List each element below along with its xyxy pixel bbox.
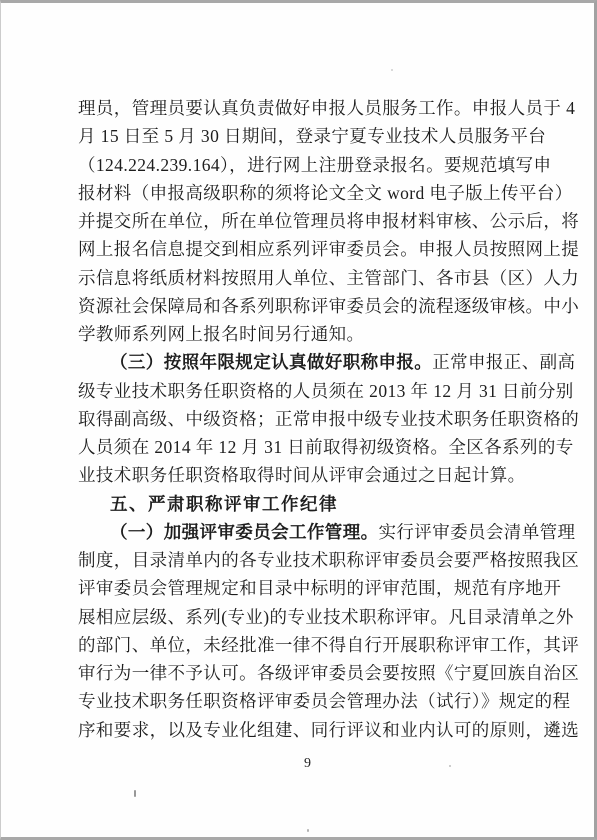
- text-line: （一）加强评审委员会工作管理。实行评审委员会清单管理: [78, 518, 537, 546]
- scan-speck: [307, 829, 309, 832]
- text-line: 网上报名信息提交到相应系列评审委员会。申报人员按照网上提: [78, 235, 537, 263]
- text-line: 审行为一律不予认可。各级评审委员会要按照《宁夏回族自治区: [78, 659, 537, 687]
- text-line: 五、严肃职称评审工作纪律: [78, 490, 537, 518]
- text-line: 示信息将纸质材料按照用人单位、主管部门、各市县（区）人力: [78, 264, 537, 292]
- text-run: 学教师系列网上报名时间另行通知。: [78, 324, 364, 344]
- text-run: 网上报名信息提交到相应系列评审委员会。申报人员按照网上提: [78, 239, 579, 259]
- text-run: 示信息将纸质材料按照用人单位、主管部门、各市县（区）人力: [78, 268, 579, 288]
- document-page: 理员，管理员要认真负责做好申报人员服务工作。申报人员于 4月 15 日至 5 月…: [0, 0, 597, 840]
- scan-speck: [391, 69, 393, 71]
- text-run: （124.224.239.164），进行网上注册登录报名。要规范填写申: [78, 155, 551, 175]
- text-run: 的部门、单位，未经批准一律不得自行开展职称评审工作，其评: [78, 635, 579, 655]
- text-line: （三）按照年限规定认真做好职称申报。正常申报正、副高: [78, 348, 537, 376]
- text-line: 理员，管理员要认真负责做好申报人员服务工作。申报人员于 4: [78, 94, 537, 122]
- text-line: 专业技术职务任职资格评审委员会管理办法（试行）》规定的程: [78, 687, 537, 715]
- text-line: 月 15 日至 5 月 30 日期间，登录宁夏专业技术人员服务平台: [78, 122, 537, 150]
- page-number: 9: [78, 756, 537, 772]
- text-line: 报材料（申报高级职称的须将论文全文 word 电子版上传平台）: [78, 179, 537, 207]
- text-run: 专业技术职务任职资格评审委员会管理办法（试行）》规定的程: [78, 691, 570, 711]
- text-run: 实行评审委员会清单管理: [379, 522, 576, 542]
- text-line: 资源社会保障局和各系列职称评审委员会的流程逐级审核。中小: [78, 292, 537, 320]
- text-line: 业技术职务任职资格取得时间从评审会通过之日起计算。: [78, 461, 537, 489]
- text-run: 报材料（申报高级职称的须将论文全文 word 电子版上传平台）: [78, 183, 573, 203]
- text-run: 理员，管理员要认真负责做好申报人员服务工作。申报人员于 4: [78, 98, 575, 118]
- text-run: 业技术职务任职资格取得时间从评审会通过之日起计算。: [78, 465, 526, 485]
- scan-speck: [134, 790, 136, 797]
- text-line: 级专业技术职务任职资格的人员须在 2013 年 12 月 31 日前分别: [78, 377, 537, 405]
- text-run: 评审委员会管理规定和目录中标明的评审范围，规范有序地开: [78, 578, 561, 598]
- text-run: 并提交所在单位，所在单位管理员将申报材料审核、公示后，将: [78, 211, 579, 231]
- text-run: 展相应层级、系列(专业)的专业技术职称评审。凡目录清单之外: [78, 607, 574, 627]
- text-run: 制度，目录清单内的各专业技术职称评审委员会要严格按照我区: [78, 550, 579, 570]
- text-run: 月 15 日至 5 月 30 日期间，登录宁夏专业技术人员服务平台: [78, 126, 546, 146]
- text-run: 正常申报正、副高: [432, 352, 575, 372]
- text-run: （三）按照年限规定认真做好职称申报。: [110, 352, 432, 372]
- text-line: 的部门、单位，未经批准一律不得自行开展职称评审工作，其评: [78, 631, 537, 659]
- text-run: 序和要求，以及专业化组建、同行评议和业内认可的原则，遴选: [78, 720, 579, 740]
- text-run: 级专业技术职务任职资格的人员须在 2013 年 12 月 31 日前分别: [78, 381, 574, 401]
- text-run: 取得副高级、中级资格；正常申报中级专业技术职务任职资格的: [78, 409, 579, 429]
- text-line: 并提交所在单位，所在单位管理员将申报材料审核、公示后，将: [78, 207, 537, 235]
- text-line: 学教师系列网上报名时间另行通知。: [78, 320, 537, 348]
- text-line: 取得副高级、中级资格；正常申报中级专业技术职务任职资格的: [78, 405, 537, 433]
- text-line: （124.224.239.164），进行网上注册登录报名。要规范填写申: [78, 151, 537, 179]
- text-run: 审行为一律不予认可。各级评审委员会要按照《宁夏回族自治区: [78, 663, 579, 683]
- text-line: 展相应层级、系列(专业)的专业技术职称评审。凡目录清单之外: [78, 603, 537, 631]
- text-run: （一）加强评审委员会工作管理。: [110, 522, 379, 542]
- scan-speck: [449, 765, 451, 767]
- text-run: 资源社会保障局和各系列职称评审委员会的流程逐级审核。中小: [78, 296, 579, 316]
- text-line: 序和要求，以及专业化组建、同行评议和业内认可的原则，遴选: [78, 716, 537, 744]
- text-line: 人员须在 2014 年 12 月 31 日前取得初级资格。全区各系列的专: [78, 433, 537, 461]
- text-run: 五、严肃职称评审工作纪律: [110, 494, 338, 514]
- text-line: 评审委员会管理规定和目录中标明的评审范围，规范有序地开: [78, 574, 537, 602]
- document-body: 理员，管理员要认真负责做好申报人员服务工作。申报人员于 4月 15 日至 5 月…: [78, 94, 537, 744]
- text-run: 人员须在 2014 年 12 月 31 日前取得初级资格。全区各系列的专: [78, 437, 574, 457]
- text-line: 制度，目录清单内的各专业技术职称评审委员会要严格按照我区: [78, 546, 537, 574]
